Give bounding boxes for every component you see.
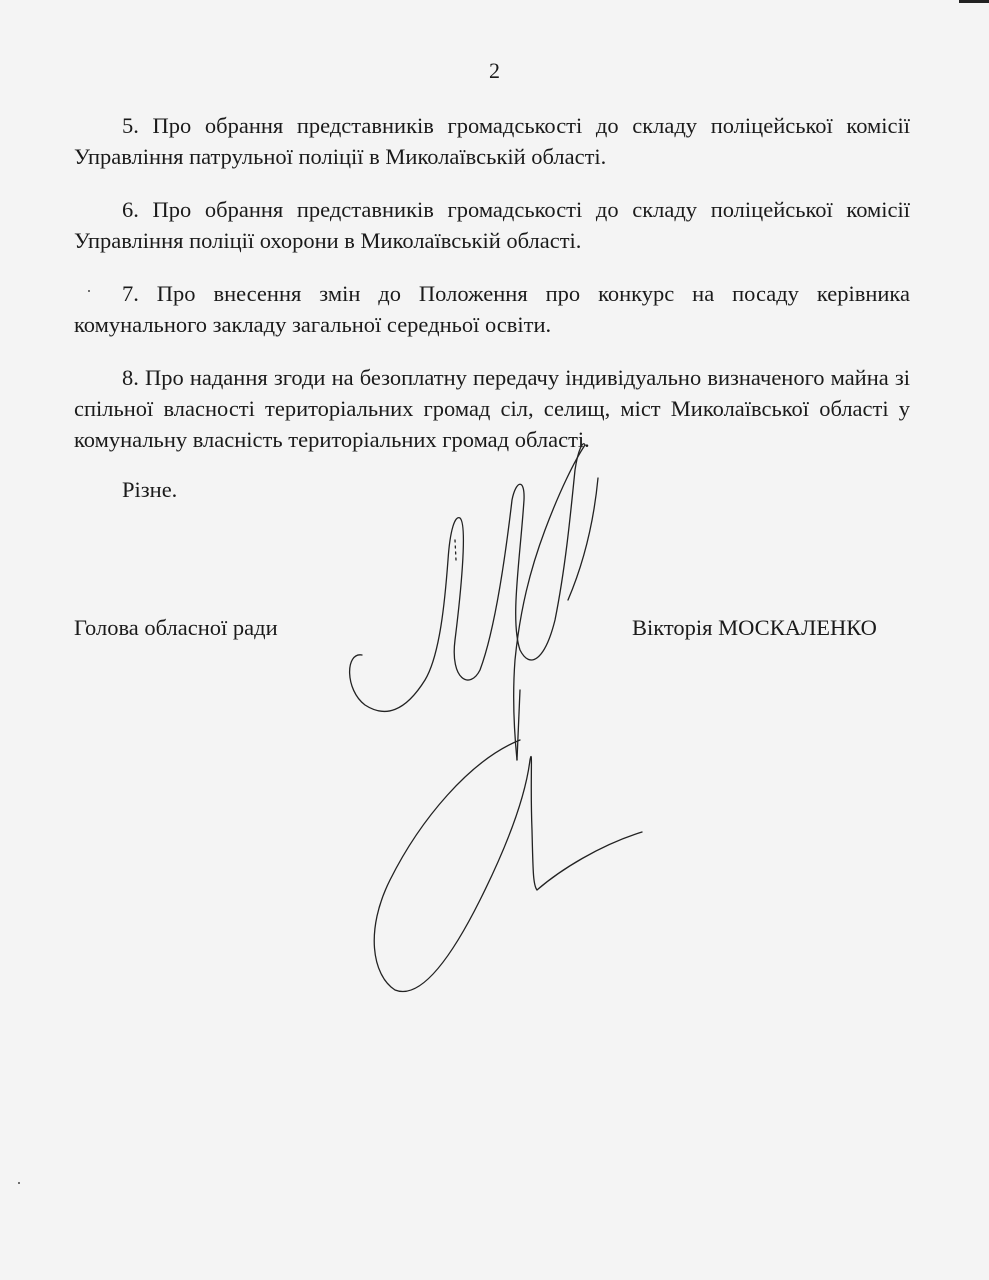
agenda-item-6: 6. Про обрання представників громадськос… — [74, 194, 910, 256]
agenda-item-misc: Різне. — [74, 474, 910, 505]
agenda-item-5: 5. Про обрання представників громадськос… — [74, 110, 910, 172]
agenda-item-7: 7. Про внесення змін до Положення про ко… — [74, 278, 910, 340]
scan-speck — [88, 290, 90, 292]
agenda-item-8: 8. Про надання згоди на безоплатну перед… — [74, 362, 910, 455]
page-number: 2 — [0, 58, 989, 84]
scan-corner-mark — [959, 0, 989, 3]
scan-speck — [18, 1182, 20, 1184]
signatory-position: Голова обласної ради — [74, 612, 278, 643]
signatory-name: Вікторія МОСКАЛЕНКО — [632, 612, 877, 643]
